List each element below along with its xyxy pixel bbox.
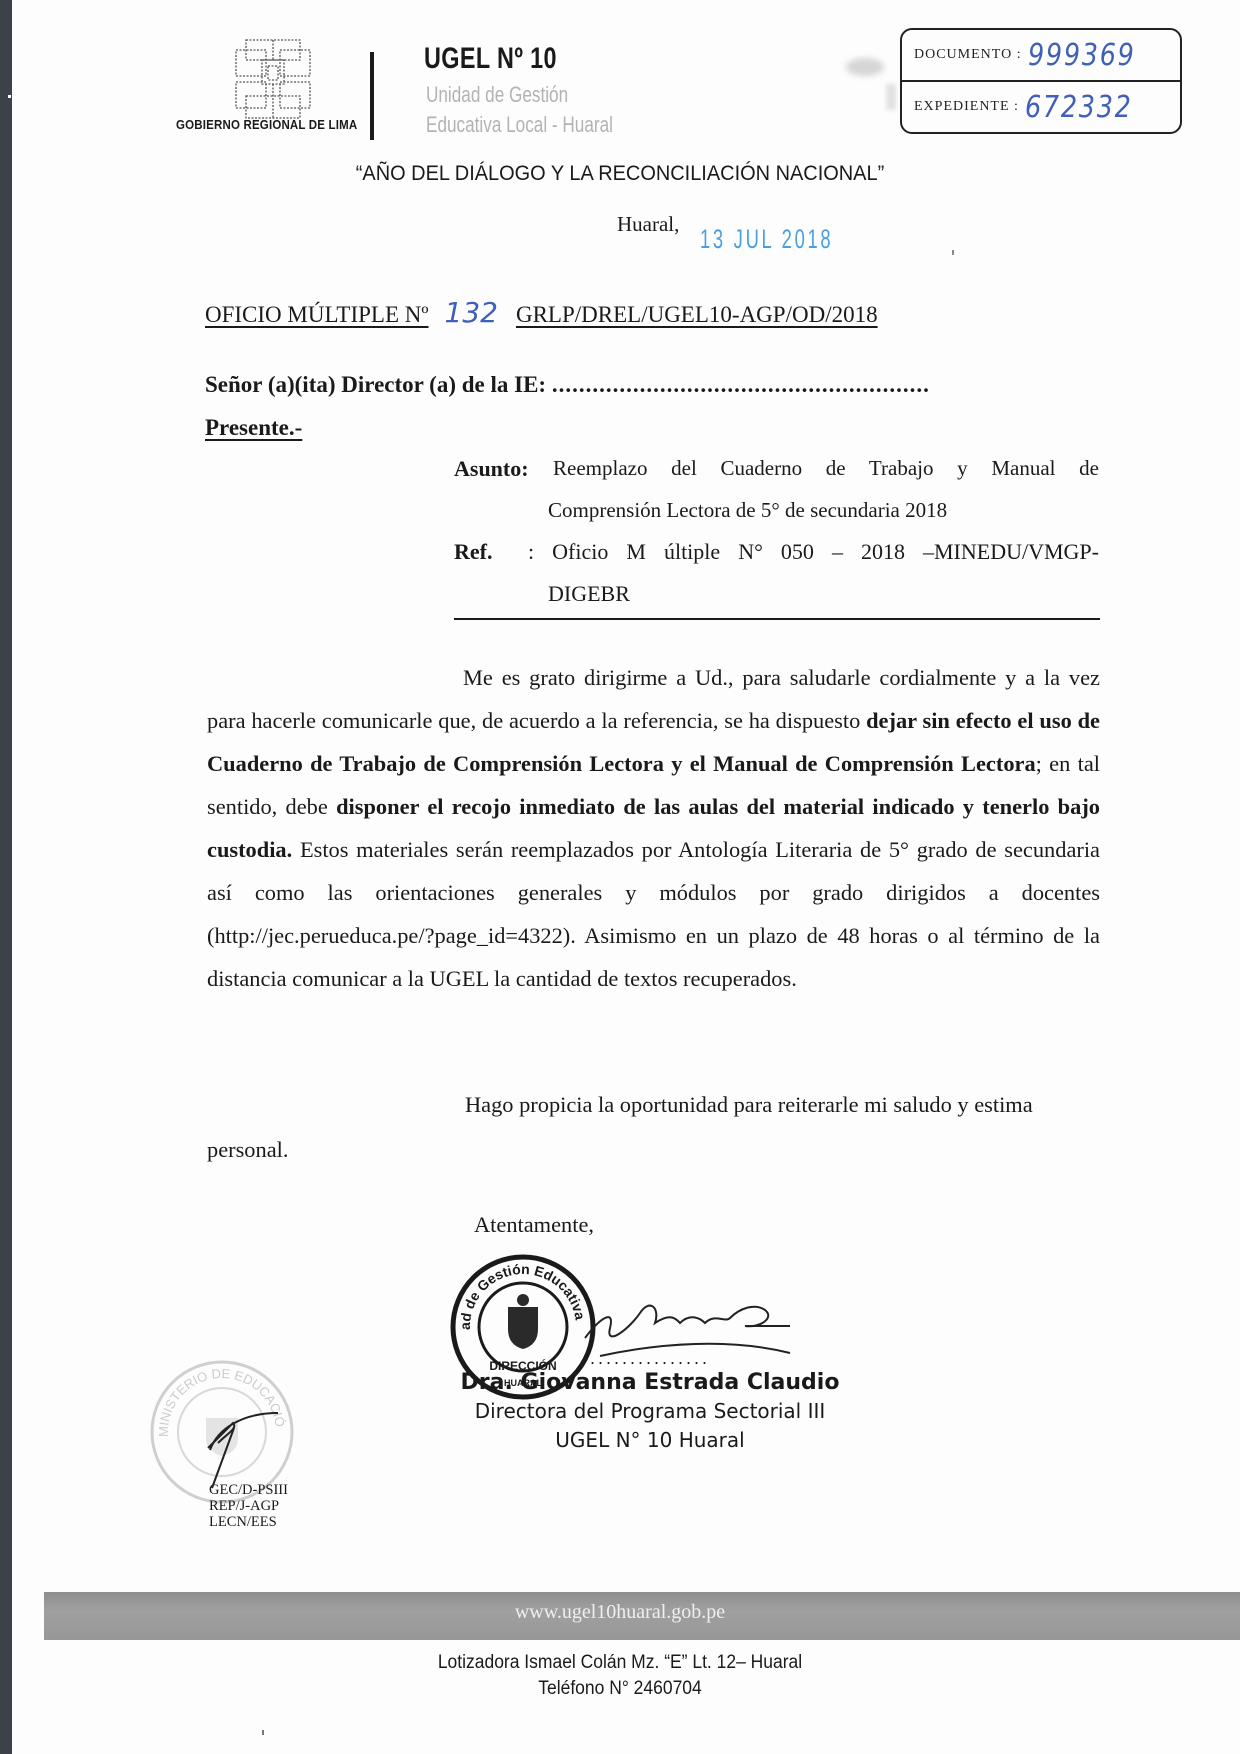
gobierno-regional-logo-icon [232, 36, 314, 122]
presente-heading: Presente.- [205, 415, 302, 441]
ref-text-line1: : Oficio M últiple N° 050 – 2018 –MINEDU… [528, 539, 1099, 565]
asunto-text-line1: Reemplazo del Cuaderno de Trabajo y Manu… [553, 456, 1099, 481]
document-row: DOCUMENTO : 999369 [902, 30, 1180, 82]
addressee-line: Señor (a)(ita) Director (a) de la IE: ..… [205, 372, 930, 398]
scan-edge [0, 0, 12, 1754]
initials-line: GEC/D-PSIII [209, 1482, 288, 1498]
addressee-text: Señor (a)(ita) Director (a) de la IE: [205, 372, 546, 397]
scan-smudge [846, 58, 884, 76]
body-paragraph: Me es grato dirigirme a Ud., para saluda… [207, 656, 1100, 1000]
expediente-number: 672332 [1025, 90, 1133, 125]
asunto-label: Asunto: [454, 456, 529, 482]
signer-role: Directora del Programa Sectorial III [440, 1399, 860, 1423]
scan-speck [952, 250, 954, 255]
subject-divider [454, 618, 1100, 620]
oficio-code: GRLP/DREL/UGEL10-AGP/OD/2018 [516, 302, 878, 327]
body-text-e: Estos materiales serán reemplazados por … [207, 837, 1100, 991]
document-label: DOCUMENTO : [914, 47, 1022, 63]
signer-name: Dra. Giovanna Estrada Claudio [440, 1370, 860, 1395]
gobierno-regional-label: GOBIERNO REGIONAL DE LIMA [176, 118, 357, 132]
ref-label: Ref. [454, 539, 492, 565]
closing-line1: Hago propicia la oportunidad para reiter… [465, 1092, 1033, 1118]
oficio-reference: OFICIO MÚLTIPLE Nº132GRLP/DREL/UGEL10-AG… [205, 296, 878, 329]
signer-organization: UGEL N° 10 Huaral [440, 1428, 860, 1452]
document-number: 999369 [1028, 38, 1136, 73]
org-subtitle-line2: Educativa Local - Huaral [426, 112, 613, 138]
oficio-number: 132 [445, 296, 498, 329]
header-divider [370, 52, 374, 140]
addressee-dots: ........................................… [552, 372, 930, 397]
initials-line: REP/J-AGP [209, 1498, 288, 1514]
oficio-prefix: OFICIO MÚLTIPLE Nº [205, 302, 429, 327]
closing-line2: personal. [207, 1137, 288, 1163]
date-stamp: 13 JUL 2018 [700, 224, 833, 255]
registry-stamp-box: DOCUMENTO : 999369 EXPEDIENTE : 672332 [900, 28, 1182, 134]
footer-address: Lotizadora Ismael Colán Mz. “E” Lt. 12– … [50, 1652, 1191, 1674]
salutation: Atentamente, [474, 1212, 594, 1238]
initials-block: GEC/D-PSIII REP/J-AGP LECN/EES [209, 1482, 288, 1530]
initials-line: LECN/EES [209, 1514, 288, 1530]
signature-line: ............... [590, 1348, 710, 1369]
scan-mark [8, 95, 11, 98]
ref-text-line2: DIGEBR [548, 581, 630, 607]
city: Huaral, [617, 212, 679, 237]
scan-smudge [886, 84, 896, 110]
asunto-text-line2: Comprensión Lectora de 5° de secundaria … [548, 498, 947, 523]
footer-phone: Teléfono N° 2460704 [50, 1678, 1191, 1700]
org-subtitle-line1: Unidad de Gestión [426, 82, 568, 108]
org-title: UGEL Nº 10 [424, 42, 557, 76]
scan-speck [262, 1730, 264, 1735]
expediente-label: EXPEDIENTE : [914, 99, 1019, 115]
expediente-row: EXPEDIENTE : 672332 [902, 82, 1180, 132]
website-link[interactable]: www.ugel10huaral.gob.pe [0, 1601, 1240, 1624]
body-text: Me es grato dirigirme a Ud., para saluda… [207, 656, 1100, 1000]
year-motto: “AÑO DEL DIÁLOGO Y LA RECONCILIACIÓN NAC… [31, 162, 1209, 186]
